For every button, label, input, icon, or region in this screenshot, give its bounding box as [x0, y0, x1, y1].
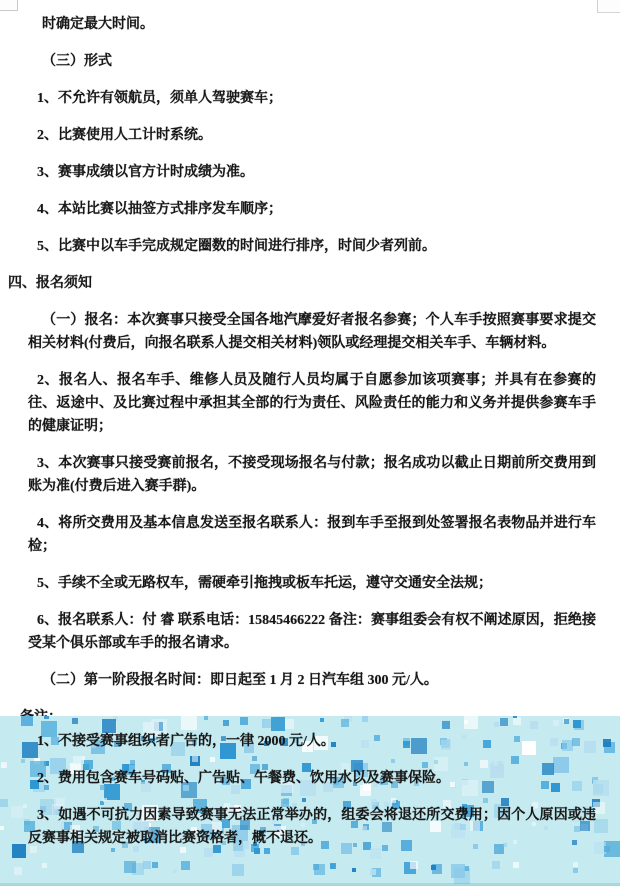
mosaic-square: [314, 864, 325, 875]
registration-item-4: 4、将所交费用及基本信息发送至报名联系人：报到车手至报到处签署报名表物品并进行车…: [28, 512, 596, 558]
mosaic-square: [431, 865, 436, 870]
registration-item-2: 2、报名人、报名车手、维修人员及随行人员均属于自愿参加该项赛事；并具有在参赛的往…: [28, 369, 596, 438]
note-2: 2、费用包含赛车号码贴、广告贴、午餐费、饮用水以及赛事保险。: [28, 767, 596, 790]
format-rule-3: 3、赛事成绩以官方计时成绩为准。: [28, 161, 596, 184]
mosaic-square: [451, 864, 465, 878]
format-rule-4: 4、本站比赛以抽签方式排序发车顺序；: [28, 198, 596, 221]
document-body: 时确定最大时间。 （三）形式 1、不允许有领航员，须单人驾驶赛车； 2、比赛使用…: [0, 0, 620, 729]
mosaic-square: [370, 869, 376, 875]
registration-item-1: （一）报名：本次赛事只接受全国各地汽摩爱好者报名参赛；个人车手按照赛事要求提交相…: [28, 309, 596, 355]
heading-registration-notice: 四、报名须知: [8, 272, 596, 295]
note-1: 1、不接受赛事组织者广告的，一律 2000 元/人。: [28, 730, 596, 753]
notes-band: 1、不接受赛事组织者广告的，一律 2000 元/人。 2、费用包含赛车号码贴、广…: [0, 716, 620, 886]
mosaic-square: [232, 864, 244, 876]
note-3: 3、如遇不可抗力因素导致赛事无法正常举办的，组委会将退还所交费用；因个人原因或违…: [28, 804, 596, 850]
mosaic-square: [14, 867, 22, 875]
format-rule-5: 5、比赛中以车手完成规定圈数的时间进行排序，时间少者列前。: [28, 235, 596, 258]
phase1-registration-time: （二）第一阶段报名时间：即日起至 1 月 2 日汽车组 300 元/人。: [28, 669, 596, 692]
format-rule-1: 1、不允许有领航员，须单人驾驶赛车；: [28, 87, 596, 110]
continuation-line: 时确定最大时间。: [28, 13, 596, 36]
format-rule-2: 2、比赛使用人工计时系统。: [28, 124, 596, 147]
mosaic-square: [573, 868, 578, 873]
registration-item-6-contact: 6、报名联系人：付 睿 联系电话：15845466222 备注：赛事组委会有权不…: [28, 609, 596, 655]
notes-text: 1、不接受赛事组织者广告的，一律 2000 元/人。 2、费用包含赛车号码贴、广…: [0, 716, 620, 864]
heading-format-section: （三）形式: [28, 50, 596, 73]
registration-item-5: 5、手续不全或无路权车，需硬牵引拖拽或板车托运，遵守交通安全法规；: [28, 572, 596, 595]
registration-item-3: 3、本次赛事只接受赛前报名，不接受现场报名与付款；报名成功以截止日期前所交费用到…: [28, 452, 596, 498]
scanned-document-page: 时确定最大时间。 （三）形式 1、不允许有领航员，须单人驾驶赛车； 2、比赛使用…: [0, 0, 620, 886]
mosaic-square: [352, 868, 356, 872]
mosaic-square: [173, 869, 177, 873]
